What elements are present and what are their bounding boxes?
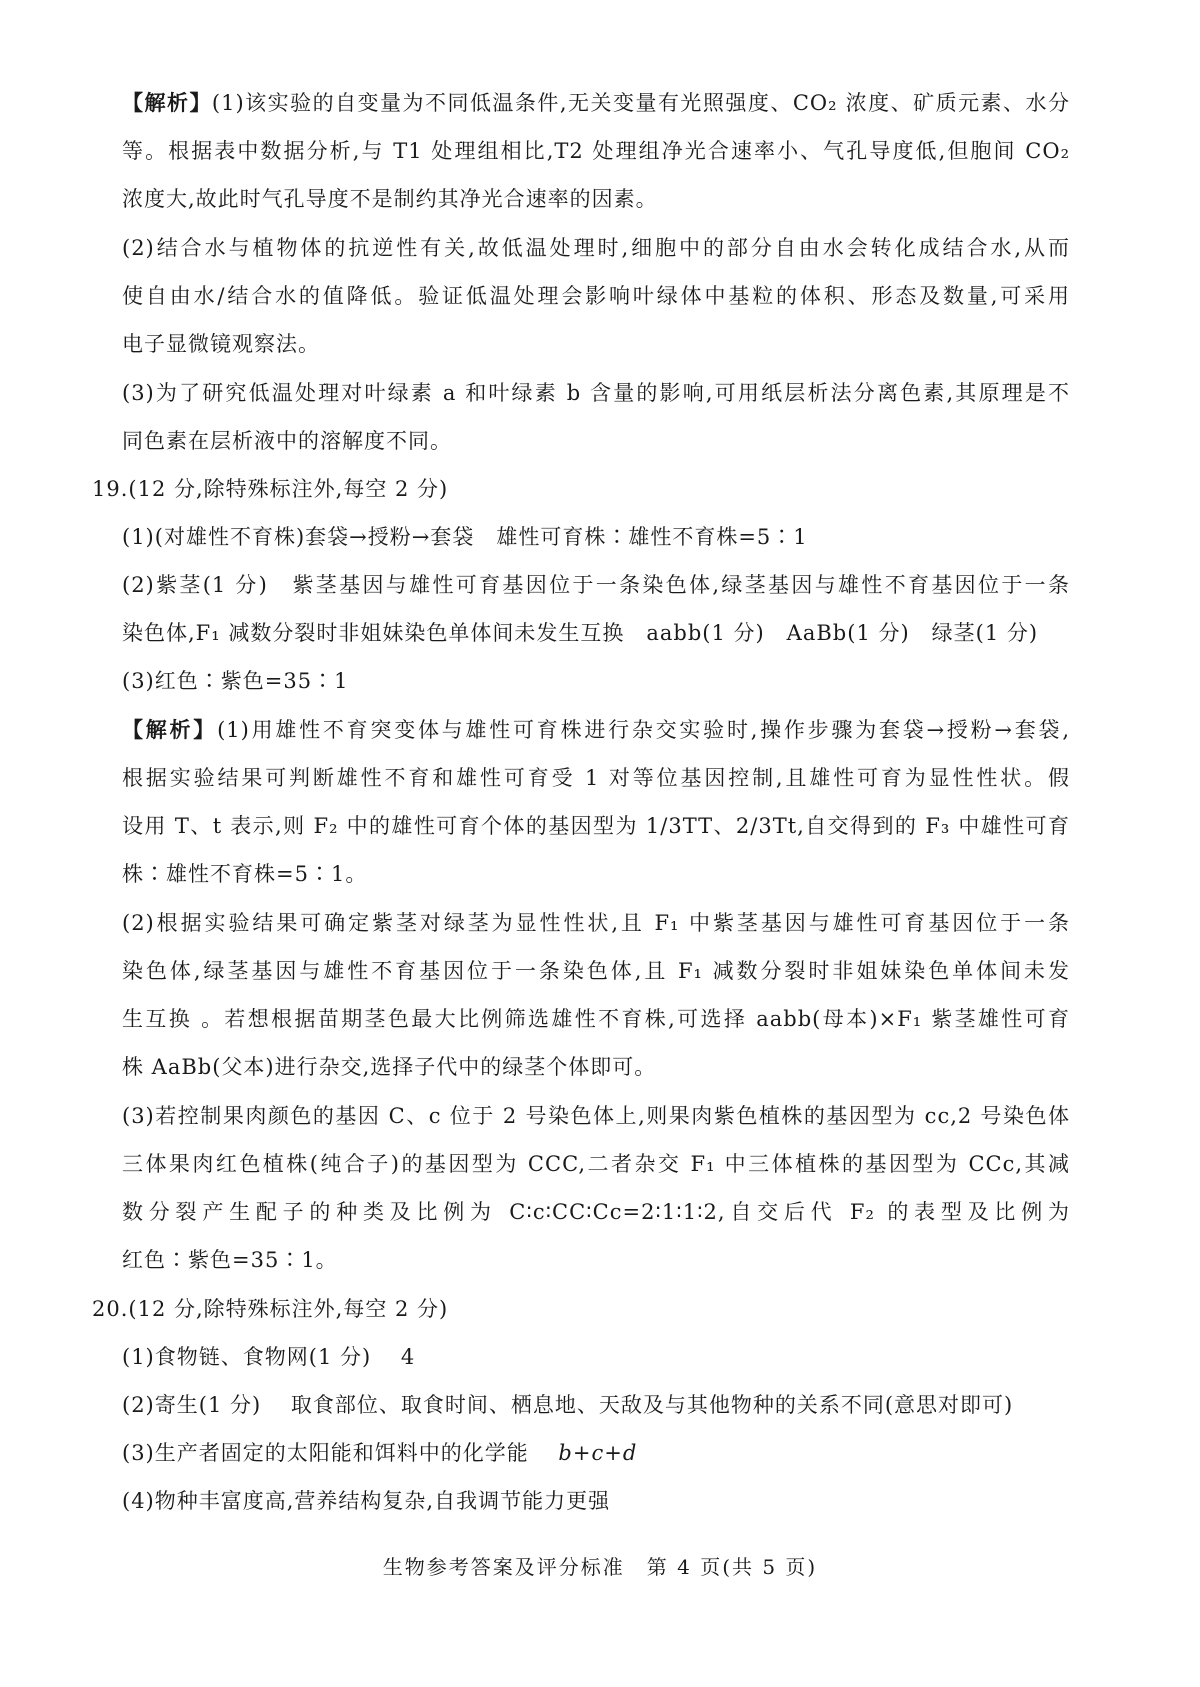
q19-header: 19.(12 分,除特殊标注外,每空 2 分) <box>92 474 448 504</box>
q18-analysis-line-4: (2)结合水与植物体的抗逆性有关,故低温处理时,细胞中的部分自由水会转化成结合水… <box>122 233 1070 263</box>
q19-answer-2-cont: 染色体,F₁ 减数分裂时非姐妹染色单体间未发生互换 aabb(1 分) AaBb… <box>122 618 1038 648</box>
document-page: 【解析】(1)该实验的自变量为不同低温条件,无关变量有光照强度、CO₂ 浓度、矿… <box>0 0 1200 1687</box>
q19-answer-2: (2)紫茎(1 分) 紫茎基因与雄性可育基因位于一条染色体,绿茎基因与雄性不育基… <box>122 570 1070 600</box>
text: (1)用雄性不育突变体与雄性可育株进行杂交实验时,操作步骤为套袋→授粉→套袋, <box>217 718 1070 742</box>
analysis-label: 【解析】 <box>122 717 217 742</box>
q19-analysis-line-7: 生互换 。若想根据苗期茎色最大比例筛选雄性不育株,可选择 aabb(母本)×F₁… <box>122 1004 1070 1034</box>
q19-analysis-line-6: 染色体,绿茎基因与雄性不育基因位于一条染色体,且 F₁ 减数分裂时非姐妹染色单体… <box>122 956 1070 986</box>
q19-analysis-line-11: 数分裂产生配子的种类及比例为 C∶c∶CC∶Cc=2∶1∶1∶2,自交后代 F₂… <box>122 1197 1070 1227</box>
page-footer: 生物参考答案及评分标准 第 4 页(共 5 页) <box>0 1553 1200 1581</box>
analysis-label: 【解析】 <box>122 90 212 115</box>
q18-analysis-line-8: 同色素在层析液中的溶解度不同。 <box>122 426 452 456</box>
q19-analysis-line-8: 株 AaBb(父本)进行杂交,选择子代中的绿茎个体即可。 <box>122 1052 656 1082</box>
q19-answer-3: (3)红色∶紫色=35∶1 <box>122 666 348 696</box>
q19-analysis-line-9: (3)若控制果肉颜色的基因 C、c 位于 2 号染色体上,则果肉紫色植株的基因型… <box>122 1101 1070 1131</box>
q19-analysis-line-4: 株∶雄性不育株=5∶1。 <box>122 859 367 889</box>
q18-analysis-line-2: 等。根据表中数据分析,与 T1 处理组相比,T2 处理组净光合速率小、气孔导度低… <box>122 136 1070 166</box>
q18-analysis-line-3: 浓度大,故此时气孔导度不是制约其净光合速率的因素。 <box>122 184 658 214</box>
q18-analysis-line-5: 使自由水/结合水的值降低。验证低温处理会影响叶绿体中基粒的体积、形态及数量,可采… <box>122 281 1070 311</box>
q18-analysis-line-1: 【解析】(1)该实验的自变量为不同低温条件,无关变量有光照强度、CO₂ 浓度、矿… <box>122 88 1070 118</box>
q19-analysis-line-2: 根据实验结果可判断雄性不育和雄性可育受 1 对等位基因控制,且雄性可育为显性性状… <box>122 763 1070 793</box>
q19-analysis-line-10: 三体果肉红色植株(纯合子)的基因型为 CCC,二者杂交 F₁ 中三体植株的基因型… <box>122 1149 1070 1179</box>
q18-analysis-line-7: (3)为了研究低温处理对叶绿素 a 和叶绿素 b 含量的影响,可用纸层析法分离色… <box>122 378 1070 408</box>
text: (1)该实验的自变量为不同低温条件,无关变量有光照强度、CO₂ 浓度、矿质元素、… <box>212 91 1070 115</box>
q19-analysis-line-12: 红色∶紫色=35∶1。 <box>122 1245 338 1275</box>
q19-analysis-line-3: 设用 T、t 表示,则 F₂ 中的雄性可育个体的基因型为 1/3TT、2/3Tt… <box>122 811 1070 841</box>
q19-analysis-line-5: (2)根据实验结果可确定紫茎对绿茎为显性性状,且 F₁ 中紫茎基因与雄性可育基因… <box>122 908 1070 938</box>
q18-analysis-line-6: 电子显微镜观察法。 <box>122 329 320 359</box>
q19-analysis-line-1: 【解析】(1)用雄性不育突变体与雄性可育株进行杂交实验时,操作步骤为套袋→授粉→… <box>122 715 1070 745</box>
q19-answer-1: (1)(对雄性不育株)套袋→授粉→套袋 雄性可育株∶雄性不育株=5∶1 <box>122 522 808 552</box>
